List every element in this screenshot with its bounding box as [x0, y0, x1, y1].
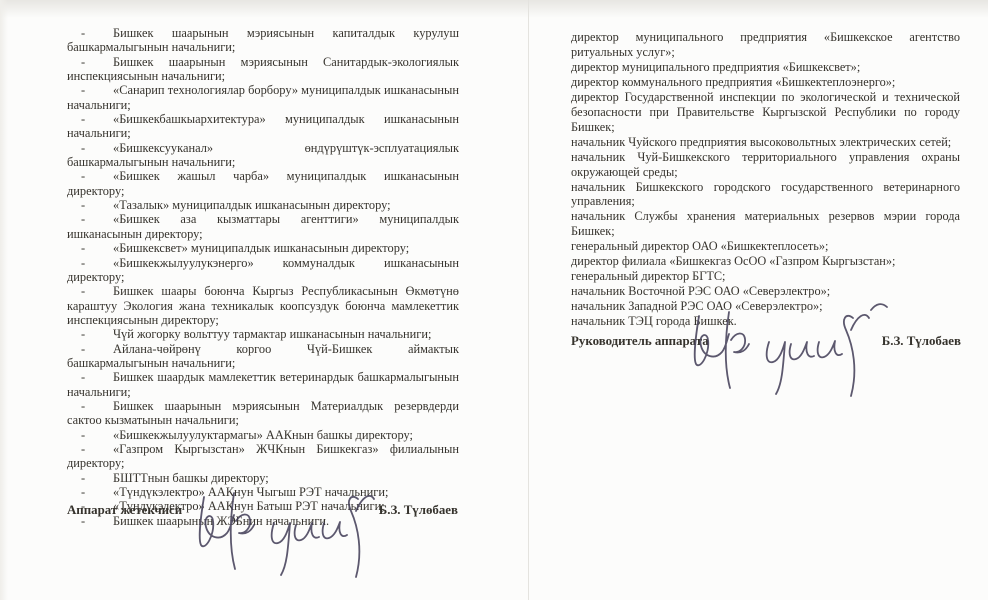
dash-marker: - [81, 141, 85, 155]
list-item: -Бишкек шаары боюнча Кыргыз Республикасы… [67, 284, 459, 327]
item-text: «Бишкексууканал» өндүрүштүк-эсплуатациял… [67, 141, 459, 169]
item-text: Бишкек шаардык мамлекеттик ветеринардык … [67, 370, 459, 398]
list-item: начальник Чуйского предприятия высоковол… [571, 135, 960, 150]
list-item: -«Газпром Кыргызстан» ЖЧКнын Бишкекгаз» … [67, 442, 459, 471]
signature-block-right: Руководитель аппарата Б.З. Түлобаев [571, 334, 961, 349]
list-item: -Бишкек шаарынын мэриясынын Материалдык … [67, 399, 459, 428]
signature-block-left: Аппарат жетекчиси Б.З. Түлөбаев [67, 503, 458, 518]
dash-marker: - [81, 428, 85, 442]
item-text: директор Государственной инспекции по эк… [571, 90, 960, 134]
list-item: -«Бишкек аза кызматтары агенттиги» муниц… [67, 212, 459, 241]
list-item: начальник Восточной РЭС ОАО «Северэлектр… [571, 284, 960, 299]
item-text: начальник Чуй-Бишкекского территориально… [571, 150, 960, 179]
item-text: директор муниципального предприятия «Биш… [571, 60, 860, 74]
list-item: -«Түндүкэлектро» ААКнун Чыгыш РЭТ началь… [67, 485, 459, 499]
item-text: Бишкек шаарынын мэриясынын Санитардык-эк… [67, 55, 459, 83]
dash-marker: - [81, 198, 85, 212]
dash-marker: - [81, 256, 85, 270]
list-item: -«Бишкек жашыл чарба» муниципалдык ишкан… [67, 169, 459, 198]
signature-role: Руководитель аппарата [571, 334, 709, 349]
list-item: начальник Чуй-Бишкекского территориально… [571, 150, 960, 180]
scan-top-shadow [0, 0, 988, 18]
document-scan: { "left_page": { "items": [ { "m": "-", … [0, 0, 988, 600]
list-item: генеральный директор БГТС; [571, 269, 960, 284]
item-text: БШТТнын башкы директору; [113, 471, 269, 485]
list-item: -БШТТнын башкы директору; [67, 471, 459, 485]
list-item: -«Санарип технологиялар борбору» муницип… [67, 83, 459, 112]
dash-marker: - [81, 284, 85, 298]
signature-name: Б.З. Түлобаев [882, 334, 961, 349]
list-item: -«Бишкекжылуулуктармагы» ААКнын башкы ди… [67, 428, 459, 442]
list-item: -Бишкек шаарынын мэриясынын Санитардык-э… [67, 55, 459, 84]
scan-left-shadow [0, 0, 8, 600]
list-item: -«Бишкексвет» муниципалдык ишканасынын д… [67, 241, 459, 255]
dash-marker: - [81, 485, 85, 499]
page-left-list: -Бишкек шаарынын мэриясынын капиталдык к… [67, 26, 459, 528]
item-text: начальник Службы хранения материальных р… [571, 209, 960, 238]
list-item: -Айлана-чөйрөнү коргоо Чүй-Бишкек аймакт… [67, 342, 459, 371]
item-text: Бишкек шаарынын мэриясынын Материалдык р… [67, 399, 459, 427]
list-item: начальник ТЭЦ города Бишкек. [571, 314, 960, 329]
page-divider [528, 0, 529, 600]
list-item: начальник Бишкекского городского государ… [571, 180, 960, 210]
dash-marker: - [81, 241, 85, 255]
list-item: директор муниципального предприятия «Биш… [571, 30, 960, 60]
item-text: директор муниципального предприятия «Биш… [571, 30, 960, 59]
item-text: «Санарип технологиялар борбору» муниципа… [67, 83, 459, 111]
dash-marker: - [81, 399, 85, 413]
item-text: «Бишкек жашыл чарба» муниципалдык ишкана… [67, 169, 459, 197]
item-text: генеральный директор ОАО «Бишкектеплосет… [571, 239, 828, 253]
item-text: Бишкек шаарынын мэриясынын капиталдык ку… [67, 26, 459, 54]
dash-marker: - [81, 327, 85, 341]
dash-marker: - [81, 471, 85, 485]
dash-marker: - [81, 112, 85, 126]
list-item: директор филиала «Бишкекгаз ОсОО «Газпро… [571, 254, 960, 269]
list-item: -Чүй жогорку вольттуу тармактар ишканасы… [67, 327, 459, 341]
list-item: -Бишкек шаардык мамлекеттик ветеринардык… [67, 370, 459, 399]
item-text: генеральный директор БГТС; [571, 269, 725, 283]
dash-marker: - [81, 442, 85, 456]
item-text: директор коммунального предприятия «Бишк… [571, 75, 895, 89]
dash-marker: - [81, 83, 85, 97]
list-item: -«Тазалык» муниципалдык ишканасынын дире… [67, 198, 459, 212]
item-text: «Газпром Кыргызстан» ЖЧКнын Бишкекгаз» ф… [67, 442, 459, 470]
list-item: -«Бишкекжылуулукэнерго» коммуналдык ишка… [67, 256, 459, 285]
item-text: «Түндүкэлектро» ААКнун Чыгыш РЭТ начальн… [113, 485, 388, 499]
signature-role: Аппарат жетекчиси [67, 503, 182, 518]
item-text: начальник Западной РЭС ОАО «Северэлектро… [571, 299, 823, 313]
list-item: директор Государственной инспекции по эк… [571, 90, 960, 135]
list-item: начальник Западной РЭС ОАО «Северэлектро… [571, 299, 960, 314]
dash-marker: - [81, 55, 85, 69]
item-text: «Тазалык» муниципалдык ишканасынын дирек… [113, 198, 391, 212]
list-item: -«Бишкексууканал» өндүрүштүк-эсплуатация… [67, 141, 459, 170]
item-text: Бишкек шаары боюнча Кыргыз Республикасын… [67, 284, 459, 327]
item-text: директор филиала «Бишкекгаз ОсОО «Газпро… [571, 254, 895, 268]
list-item: директор муниципального предприятия «Биш… [571, 60, 960, 75]
list-item: генеральный директор ОАО «Бишкектеплосет… [571, 239, 960, 254]
item-text: «Бишкек аза кызматтары агенттиги» муници… [67, 212, 459, 240]
list-item: начальник Службы хранения материальных р… [571, 209, 960, 239]
item-text: «Бишкекжылуулукэнерго» коммуналдык ишкан… [67, 256, 459, 284]
item-text: «Бишкексвет» муниципалдык ишканасынын ди… [113, 241, 409, 255]
dash-marker: - [81, 342, 85, 356]
item-text: начальник Чуйского предприятия высоковол… [571, 135, 951, 149]
item-text: начальник Бишкекского городского государ… [571, 180, 960, 209]
list-item: -Бишкек шаарынын мэриясынын капиталдык к… [67, 26, 459, 55]
page-right-list: директор муниципального предприятия «Биш… [571, 30, 960, 329]
dash-marker: - [81, 212, 85, 226]
signature-name: Б.З. Түлөбаев [379, 503, 458, 518]
item-text: «Бишкекбашкыархитектура» муниципалдык иш… [67, 112, 459, 140]
item-text: начальник Восточной РЭС ОАО «Северэлектр… [571, 284, 830, 298]
item-text: Чүй жогорку вольттуу тармактар ишканасын… [113, 327, 431, 341]
list-item: -«Бишкекбашкыархитектура» муниципалдык и… [67, 112, 459, 141]
dash-marker: - [81, 169, 85, 183]
item-text: Айлана-чөйрөнү коргоо Чүй-Бишкек аймакты… [67, 342, 459, 370]
item-text: начальник ТЭЦ города Бишкек. [571, 314, 737, 328]
dash-marker: - [81, 26, 85, 40]
dash-marker: - [81, 370, 85, 384]
item-text: «Бишкекжылуулуктармагы» ААКнын башкы дир… [113, 428, 413, 442]
list-item: директор коммунального предприятия «Бишк… [571, 75, 960, 90]
